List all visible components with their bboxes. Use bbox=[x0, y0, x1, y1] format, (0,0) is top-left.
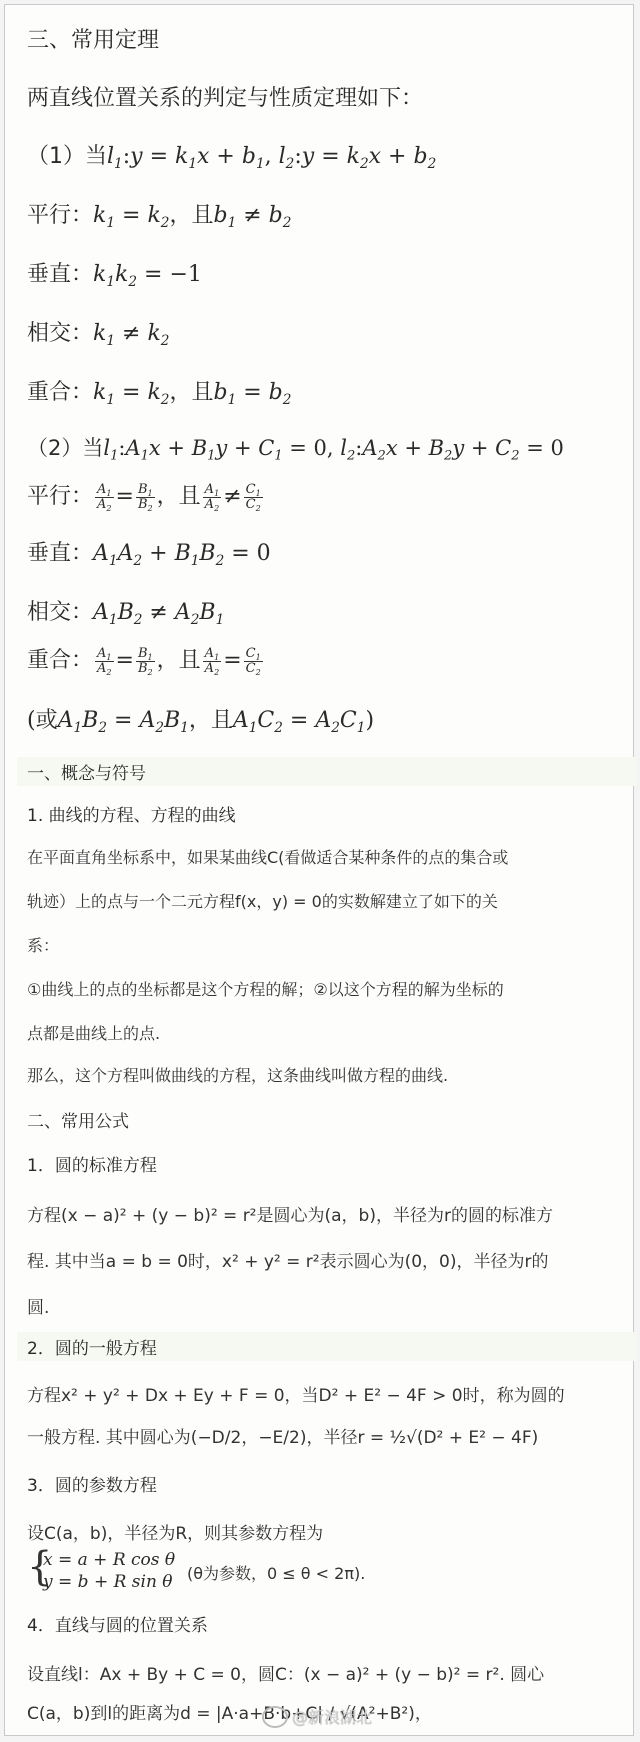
section3-intro: 两直线位置关系的判定与性质定理如下： bbox=[27, 81, 423, 112]
section1-paragraph-line: 点都是曲线上的点. bbox=[27, 1021, 160, 1044]
case2-intersect: 相交：A1B2 ≠ A2B1 bbox=[27, 595, 224, 626]
param-eq-x: x = a + R cos θ bbox=[43, 1550, 175, 1570]
section1-paragraph-line: 系： bbox=[27, 933, 59, 956]
section1-paragraph-line: 轨迹）上的点与一个二元方程f(x，y) = 0的实数解建立了如下的关 bbox=[27, 889, 498, 912]
section2-sub4-line: 设直线l：Ax + By + C = 0，圆C：(x − a)² + (y − … bbox=[27, 1660, 544, 1685]
case2-alternative: (或A1B2 = A2B1，且A1C2 = A2C1) bbox=[27, 703, 374, 734]
section2-sub3-line: 设C(a，b)，半径为R，则其参数方程为 bbox=[27, 1519, 323, 1544]
section2-sub2-title: 2．圆的一般方程 bbox=[17, 1332, 637, 1361]
weibo-logo-icon bbox=[262, 1706, 288, 1728]
section2-sub1-line: 圆. bbox=[27, 1293, 49, 1318]
case2-perpendicular: 垂直：A1A2 + B1B2 = 0 bbox=[27, 536, 271, 567]
case1-condition: （1）当l1:y = k1x + b1, l2:y = k2x + b2 bbox=[27, 139, 436, 170]
section2-sub4-title: 4．直线与圆的位置关系 bbox=[27, 1611, 208, 1636]
case2-coincide: 重合：A1A2=B1B2，且A1A2=C1C2 bbox=[27, 643, 265, 675]
section2-title: 二、常用公式 bbox=[27, 1107, 129, 1132]
case1-perpendicular: 垂直：k1k2 = −1 bbox=[27, 257, 202, 288]
case1-intersect: 相交：k1 ≠ k2 bbox=[27, 316, 169, 347]
document-page: 三、常用定理 两直线位置关系的判定与性质定理如下： （1）当l1:y = k1x… bbox=[4, 4, 634, 1736]
section2-sub2-line: 方程x² + y² + Dx + Ey + F = 0，当D² + E² − 4… bbox=[27, 1381, 565, 1406]
section2-sub1-line: 程. 其中当a = b = 0时，x² + y² = r²表示圆心为(0，0)，… bbox=[27, 1247, 548, 1272]
section2-sub3-title: 3．圆的参数方程 bbox=[27, 1471, 157, 1496]
section2-sub2-line: 一般方程. 其中圆心为(−D/2，−E/2)，半径r = ½√(D² + E² … bbox=[27, 1423, 538, 1448]
section1-paragraph-line: ①曲线上的点的坐标都是这个方程的解；②以这个方程的解为坐标的 bbox=[27, 977, 504, 1000]
section1-subtitle: 1. 曲线的方程、方程的曲线 bbox=[27, 801, 236, 826]
case2-parallel: 平行：A1A2=B1B2，且A1A2≠C1C2 bbox=[27, 479, 265, 511]
case2-condition: （2）当l1:A1x + B1y + C1 = 0, l2:A2x + B2y … bbox=[27, 432, 564, 462]
section2-sub1-title: 1．圆的标准方程 bbox=[27, 1151, 157, 1176]
watermark: @新浪湖北 bbox=[262, 1705, 372, 1728]
param-eq-y: y = b + R sin θ bbox=[43, 1572, 173, 1592]
case1-coincide: 重合：k1 = k2，且b1 = b2 bbox=[27, 375, 291, 406]
section1-title: 一、概念与符号 bbox=[17, 757, 637, 786]
section1-paragraph-line: 那么，这个方程叫做曲线的方程，这条曲线叫做方程的曲线. bbox=[27, 1063, 448, 1086]
section1-paragraph-line: 在平面直角坐标系中，如果某曲线C(看做适合某种条件的点的集合或 bbox=[27, 845, 508, 868]
section3-title: 三、常用定理 bbox=[27, 23, 159, 54]
section2-sub1-line: 方程(x − a)² + (y − b)² = r²是圆心为(a，b)，半径为r… bbox=[27, 1201, 553, 1226]
case1-parallel: 平行：k1 = k2，且b1 ≠ b2 bbox=[27, 198, 291, 229]
param-note: (θ为参数，0 ≤ θ < 2π). bbox=[187, 1561, 365, 1584]
